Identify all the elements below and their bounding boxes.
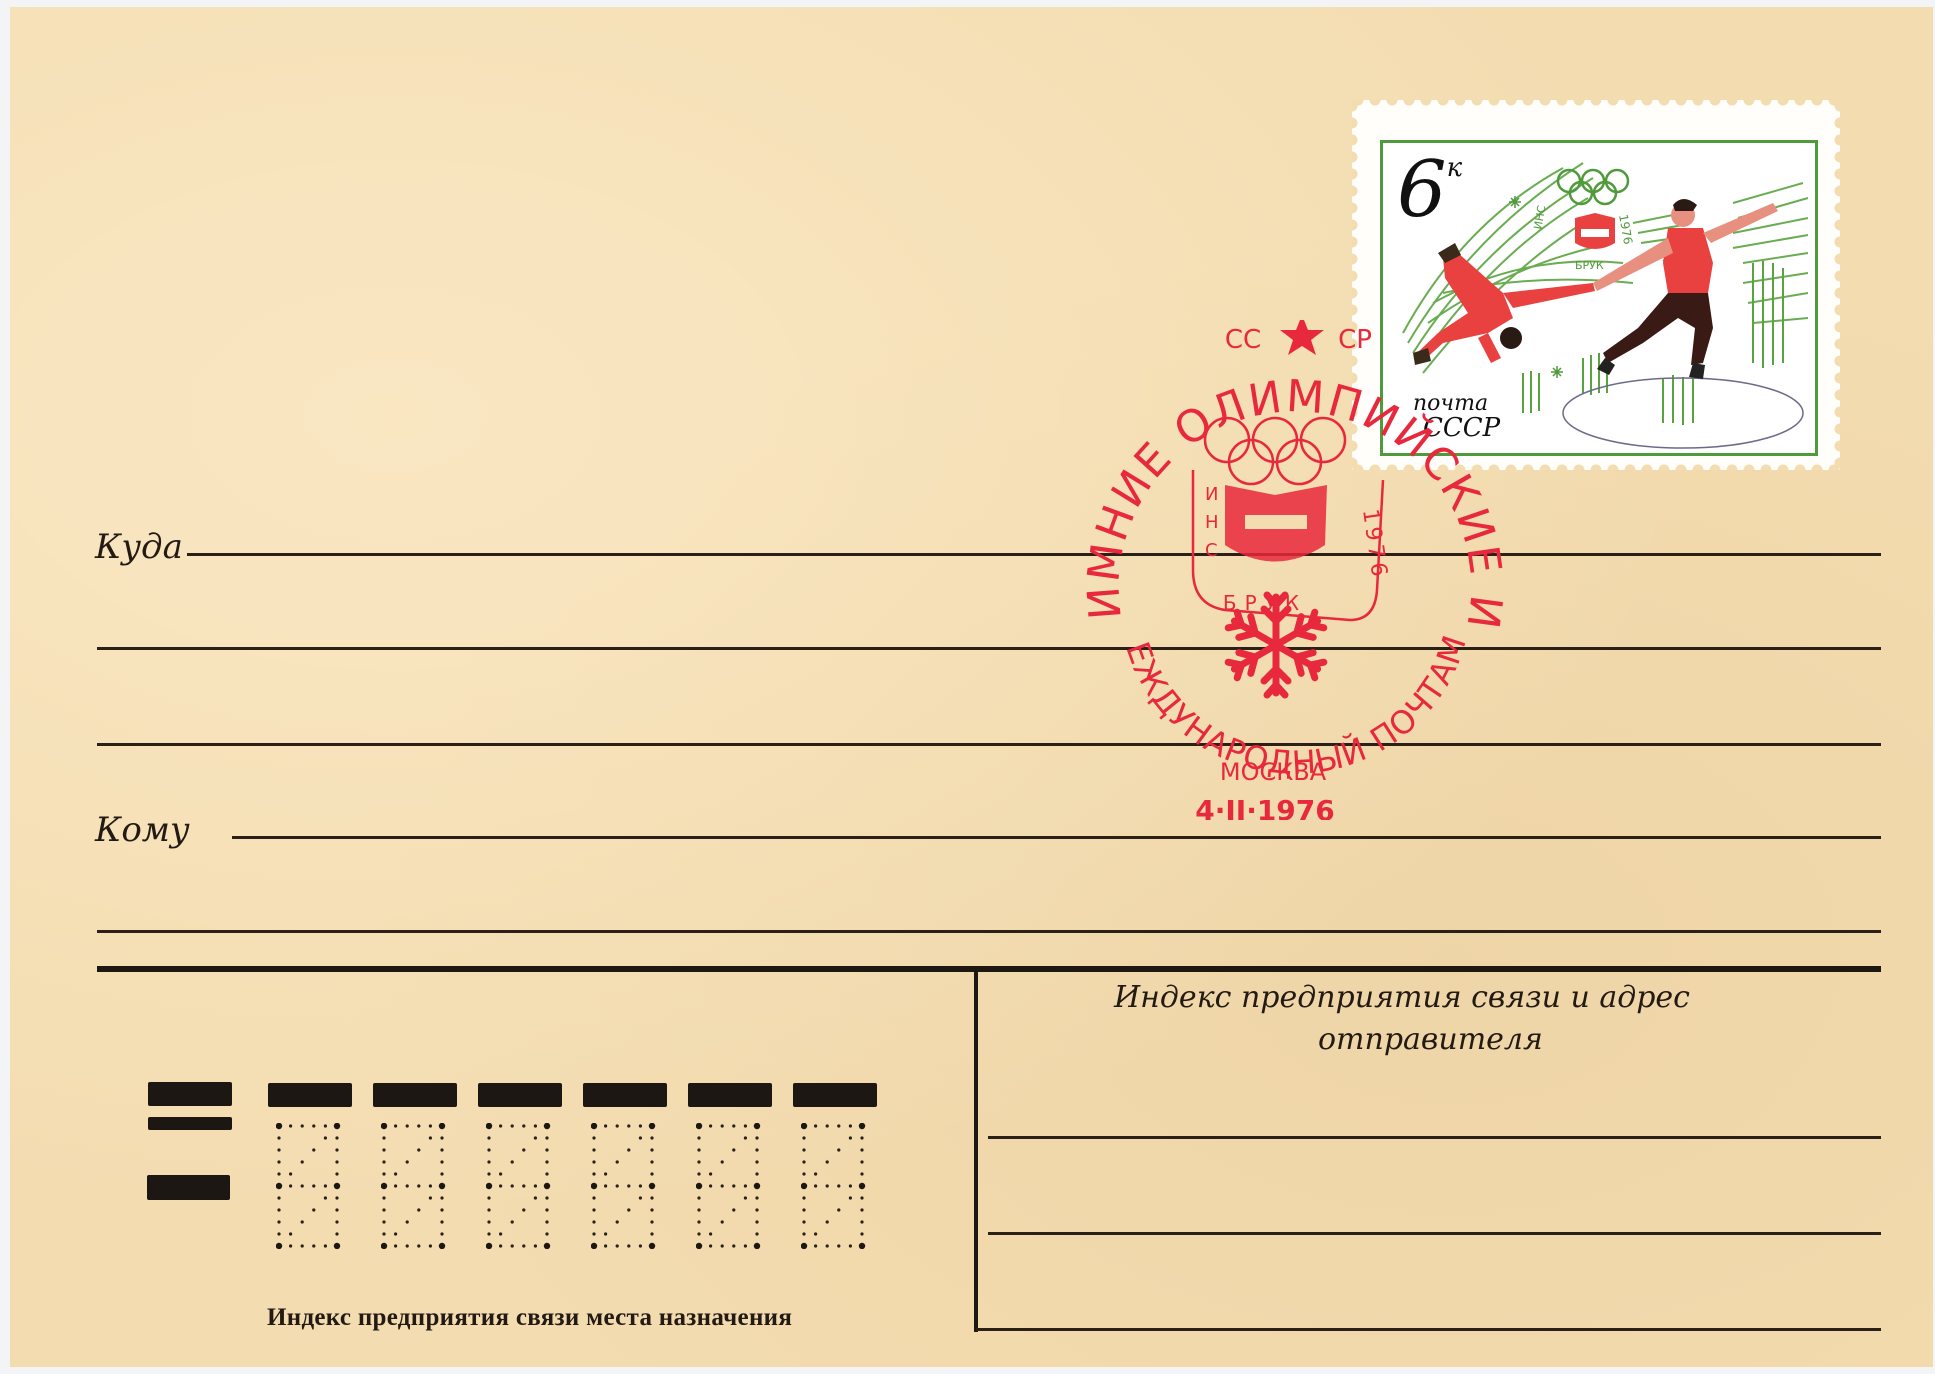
sender-line-2 [988, 1232, 1881, 1235]
code-digit-template[interactable] [381, 1123, 447, 1249]
code-digit-template[interactable] [696, 1123, 762, 1249]
stamp-country-line2: СССР [1423, 415, 1500, 441]
code-box-bar [268, 1083, 352, 1107]
postage-stamp: 1976 ИНС БРУК [1352, 100, 1840, 470]
stamp-frame: 1976 ИНС БРУК [1380, 140, 1818, 456]
stamp-country-line1: почта [1413, 393, 1500, 415]
section-divider [97, 966, 1881, 972]
to-where-label: Куда [95, 527, 183, 567]
address-line-3 [97, 743, 1881, 746]
code-box-bar [478, 1083, 562, 1107]
sender-title-line2: отправителя [1318, 1022, 1543, 1057]
code-digit-template[interactable] [591, 1123, 657, 1249]
sender-line-3 [976, 1328, 1881, 1331]
code-marker-bar-top [148, 1082, 232, 1106]
svg-text:БРУК: БРУК [1575, 259, 1604, 272]
code-marker-bar-bottom [147, 1175, 230, 1200]
sender-box-border [974, 966, 978, 1332]
code-marker-bar-middle [148, 1117, 232, 1130]
destination-index-caption: Индекс предприятия связи места назначени… [267, 1304, 792, 1332]
address-line-2 [97, 647, 1881, 650]
sender-title-line1: Индекс предприятия связи и адрес [1114, 980, 1690, 1015]
code-digit-template[interactable] [276, 1123, 342, 1249]
stamp-denomination: 6к [1397, 151, 1462, 229]
address-line-1 [187, 553, 1881, 556]
code-digit-template[interactable] [486, 1123, 552, 1249]
address-line-4 [232, 836, 1881, 839]
address-line-5 [97, 930, 1881, 933]
denomination-value: 6 [1397, 145, 1447, 235]
denomination-currency: к [1447, 153, 1463, 183]
svg-text:1976: 1976 [1616, 213, 1635, 246]
code-box-bar [583, 1083, 667, 1107]
stamp-country: почта СССР [1423, 393, 1500, 441]
code-box-bar [688, 1083, 772, 1107]
code-box-bar [373, 1083, 457, 1107]
to-whom-label: Кому [95, 810, 190, 850]
sender-line-1 [988, 1136, 1881, 1139]
code-digit-template[interactable] [801, 1123, 867, 1249]
code-box-bar [793, 1083, 877, 1107]
